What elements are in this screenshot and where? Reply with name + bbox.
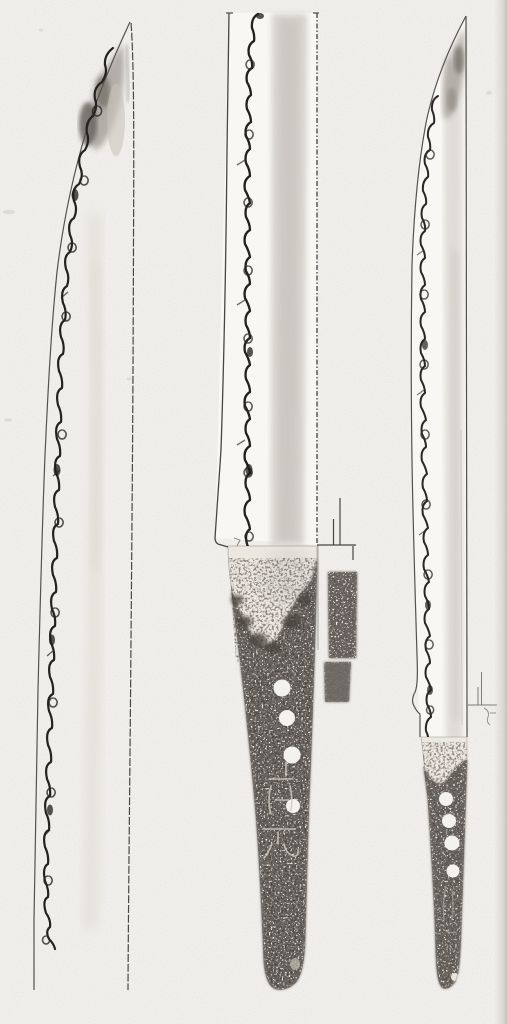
page-edge-shadow [494,0,507,1024]
shinogi-shading-core [279,20,298,540]
scanned-plate-page [0,0,507,1024]
plate-svg [0,0,507,1024]
mune-strip-lower-grain [324,662,351,702]
mune-strip-upper-pits [328,572,357,658]
tang-tip-pit [290,958,300,970]
